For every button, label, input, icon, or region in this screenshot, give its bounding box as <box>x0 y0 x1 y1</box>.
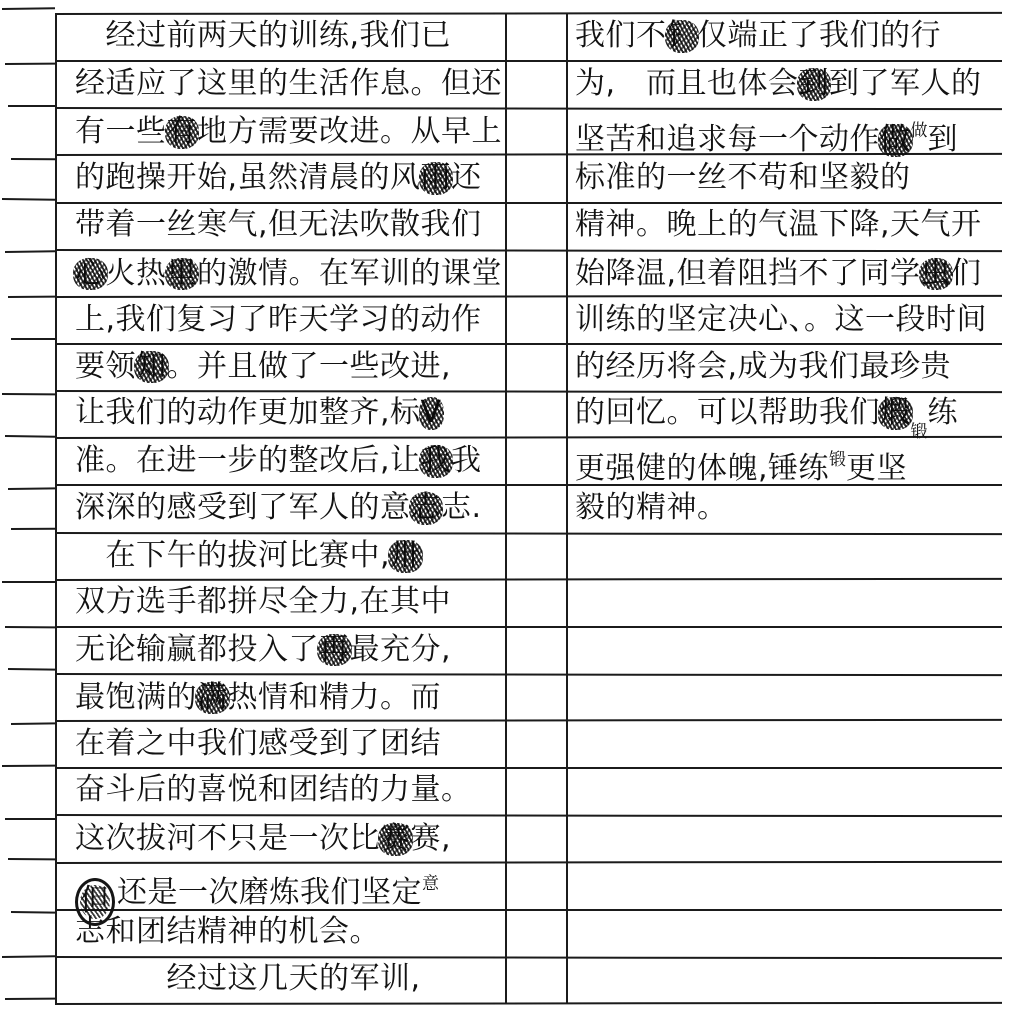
handwritten-text: 到了军人的 <box>829 66 982 101</box>
handwritten-text: 仅端正了我们的行 <box>697 18 941 53</box>
handwritten-text: 训练的坚定决心、。这一段时间 <box>575 302 987 337</box>
handwritten-text: 准。在进一步的整改后,让 <box>75 443 421 478</box>
handwritten-line <box>575 861 1020 908</box>
handwritten-text: 志. <box>441 490 482 525</box>
handwritten-line: 始降温,但着阻挡不了同学虫们 <box>575 250 1020 297</box>
handwritten-line <box>575 766 1020 813</box>
inserted-correction-character: 锻 <box>911 422 928 442</box>
handwritten-text: 有一些 <box>75 114 167 149</box>
handwritten-text: 深深的感受到了军人的意 <box>75 490 411 525</box>
handwritten-text: 毅的精神。 <box>575 490 728 525</box>
handwritten-line: 要领知。并且做了一些改进, <box>75 343 505 390</box>
column-divider-right <box>566 13 568 1003</box>
handwritten-line: 这次拔河不只是一次比赛赛, <box>75 815 505 862</box>
handwritten-text: 在着之中我们感受到了团结 <box>75 726 441 761</box>
handwritten-text: 上,我们复习了昨天学习的动作 <box>75 302 482 337</box>
handwritten-line: 双方选手都拼尽全力,在其中 <box>75 578 505 625</box>
handwritten-line: 的跑操开始,虽然清晨的风雨还 <box>75 154 505 201</box>
handwritten-text: 经过这几天的军训, <box>75 961 421 996</box>
handwritten-line: 上,我们复习了昨天学习的动作 <box>75 296 505 343</box>
handwritten-text: 到 <box>928 122 959 157</box>
handwritten-text: 更强健的体魄,锤练 <box>575 451 829 486</box>
handwritten-text: 最饱满的 <box>75 680 197 715</box>
scribbled-out-character: V <box>421 389 442 437</box>
handwritten-text: 更坚 <box>846 451 907 486</box>
margin-line-stub <box>5 435 55 438</box>
handwritten-line: 更强健的体魄,锤练锻更坚 <box>575 437 1020 484</box>
handwritten-text: 赛, <box>411 821 452 856</box>
inserted-correction-character: 锻 <box>829 450 846 470</box>
handwritten-text: 地方需要改进。从早上 <box>197 114 502 149</box>
margin-line-stub <box>11 911 55 914</box>
handwritten-text: 在下午的拔河比赛中, <box>75 538 390 573</box>
handwritten-line: 经过这几天的军训, <box>75 955 505 1002</box>
column-right: 我们不钅仅端正了我们的行为, 而且也体会到到了军人的坚苦和追求每一个动作做做到标… <box>575 13 1020 1003</box>
handwritten-line: 让我们的动作更加整齐,标V <box>75 389 505 436</box>
margin-line-stub <box>8 105 55 107</box>
handwritten-text: 的经历将会,成为我们最珍贵 <box>575 349 951 384</box>
left-margin-line <box>55 13 57 1003</box>
inserted-correction-character: 做 <box>911 121 928 141</box>
handwritten-line: 深深的感受到了军人的意志志. <box>75 484 505 531</box>
scribbled-out-character: 做 <box>880 116 911 164</box>
handwritten-line: 心火热里的激情。在军训的课堂 <box>75 250 505 297</box>
scribbled-out-character: 知 <box>136 343 167 391</box>
handwritten-text: 带着一丝寒气,但无法吹散我们 <box>75 207 482 242</box>
margin-line-stub <box>5 626 55 628</box>
margin-line-stub <box>2 198 55 201</box>
handwritten-line <box>575 626 1020 673</box>
handwritten-text: 始降温,但着阻挡不了同学 <box>575 256 921 291</box>
handwritten-line: 无论输赢都投入了再最充分, <box>75 626 505 673</box>
margin-line-stub <box>5 818 55 820</box>
scribbled-out-character: 再 <box>319 626 350 674</box>
handwritten-text: 让我们的动作更加整齐,标 <box>75 395 421 430</box>
margin-line-stub <box>2 955 55 958</box>
handwritten-line: 标准的一丝不苟和坚毅的 <box>575 154 1020 201</box>
circled-scribbled-character: 但 <box>75 878 115 926</box>
handwritten-line <box>575 955 1020 1002</box>
handwritten-line: 坚苦和追求每一个动作做做到 <box>575 108 1020 155</box>
margin-line-stub <box>2 7 55 10</box>
handwritten-text: 坚苦和追求每一个动作 <box>575 122 880 157</box>
handwritten-line: 准。在进一步的整改后,让我我 <box>75 437 505 484</box>
handwritten-line: 志和团结精神的机会。 <box>75 908 505 955</box>
handwritten-line: 有一些有地方需要改进。从早上 <box>75 108 505 155</box>
handwritten-text: 双方选手都拼尽全力,在其中 <box>75 584 451 619</box>
scribbled-out-character: 心 <box>75 250 106 298</box>
handwritten-text: 火热 <box>106 256 167 291</box>
handwritten-line: 的回忆。可以帮助我们煅锻练 <box>575 389 1020 436</box>
scribbled-out-character: 我 <box>421 437 452 485</box>
scribbled-out-character: 里 <box>167 250 198 298</box>
handwritten-text: 还是一次磨炼我们坚定 <box>117 875 422 910</box>
handwritten-line <box>575 578 1020 625</box>
inserted-correction-character: 意 <box>422 874 439 894</box>
margin-line-stub <box>11 338 55 340</box>
handwritten-line: 最饱满的满热情和精力。而 <box>75 674 505 721</box>
handwritten-text: 练 <box>928 395 959 430</box>
handwritten-line: 奋斗后的喜悦和团结的力量。 <box>75 766 505 813</box>
handwritten-line: 但还是一次磨炼我们坚定意 <box>75 861 505 908</box>
handwritten-line <box>575 674 1020 721</box>
handwritten-line: 经适应了这里的生活作息。但还 <box>75 60 505 107</box>
margin-line-stub <box>8 488 55 491</box>
scribbled-out-character: 到 <box>799 60 830 108</box>
handwritten-text: 志和团结精神的机会。 <box>75 914 380 949</box>
margin-line-stub <box>2 393 55 395</box>
scribbled-out-character: 煅 <box>880 389 911 437</box>
handwritten-text: 经适应了这里的生活作息。但还 <box>75 66 502 101</box>
handwritten-text: 标准的一丝不苟和坚毅的 <box>575 160 911 195</box>
handwritten-line: 在着之中我们感受到了团结 <box>75 720 505 767</box>
scribbled-out-character: 满 <box>197 674 228 722</box>
handwritten-line <box>575 815 1020 862</box>
handwritten-text: 热情和精力。而 <box>228 680 442 715</box>
handwritten-text: 奋斗后的喜悦和团结的力量。 <box>75 772 472 807</box>
margin-line-stub <box>5 250 55 253</box>
handwritten-text: 为, 而且也体会 <box>575 66 799 101</box>
handwritten-text: 无论输赢都投入了 <box>75 632 319 667</box>
handwritten-line <box>575 908 1020 955</box>
margin-line-stub <box>8 296 55 298</box>
handwritten-line: 带着一丝寒气,但无法吹散我们 <box>75 201 505 248</box>
margin-line-stub <box>11 158 55 160</box>
margin-line-stub <box>11 723 55 726</box>
handwritten-text: 最充分, <box>350 632 452 667</box>
scribbled-out-character: 雨 <box>421 154 452 202</box>
handwritten-line <box>575 532 1020 579</box>
handwritten-text: 经过前两天的训练,我们已 <box>75 18 451 53</box>
margin-line-stub <box>5 63 55 65</box>
scribbled-out-character: 有 <box>167 108 198 156</box>
handwritten-text: 。并且做了一些改进, <box>167 349 452 384</box>
scribbled-out-character: 赛 <box>380 815 411 863</box>
margin-line-stub <box>2 765 55 767</box>
scribbled-out-character: 钅 <box>667 12 698 60</box>
handwritten-line: 训练的坚定决心、。这一段时间 <box>575 296 1020 343</box>
handwritten-text: 精神。晚上的气温下降,天气开 <box>575 207 982 242</box>
handwritten-line: 的经历将会,成为我们最珍贵 <box>575 343 1020 390</box>
column-divider-left <box>505 13 507 1003</box>
margin-line-stub <box>11 527 55 529</box>
handwritten-line: 在下午的拔河比赛中,卅 <box>75 532 505 579</box>
margin-line-stub <box>2 581 55 583</box>
handwritten-text: 的跑操开始,虽然清晨的风 <box>75 160 421 195</box>
margin-line-stub <box>8 668 55 671</box>
handwritten-text: 还 <box>451 160 482 195</box>
handwritten-text: 的激情。在军训的课堂 <box>197 256 502 291</box>
handwritten-text: 们 <box>951 256 982 291</box>
margin-line-stub <box>5 998 55 1000</box>
scribbled-out-character: 志 <box>411 484 442 532</box>
handwritten-text: 我 <box>451 443 482 478</box>
notebook-page: 经过前两天的训练,我们已经适应了这里的生活作息。但还有一些有地方需要改进。从早上… <box>0 0 1024 1013</box>
handwritten-text: 我们不 <box>575 18 667 53</box>
handwritten-text: 这次拔河不只是一次比 <box>75 821 380 856</box>
handwritten-line <box>575 720 1020 767</box>
column-left: 经过前两天的训练,我们已经适应了这里的生活作息。但还有一些有地方需要改进。从早上… <box>75 13 505 1003</box>
handwritten-line: 为, 而且也体会到到了军人的 <box>575 60 1020 107</box>
scribbled-out-character: 卅 <box>390 532 421 580</box>
handwritten-text: 要领 <box>75 349 136 384</box>
margin-line-stub <box>8 858 55 860</box>
handwritten-text: 的回忆。可以帮助我们 <box>575 395 880 430</box>
handwritten-line: 我们不钅仅端正了我们的行 <box>575 12 1020 59</box>
handwritten-line: 经过前两天的训练,我们已 <box>75 12 505 59</box>
handwritten-line: 精神。晚上的气温下降,天气开 <box>575 201 1020 248</box>
scribbled-out-character: 虫 <box>921 250 952 298</box>
handwritten-line: 毅的精神。 <box>575 484 1020 531</box>
